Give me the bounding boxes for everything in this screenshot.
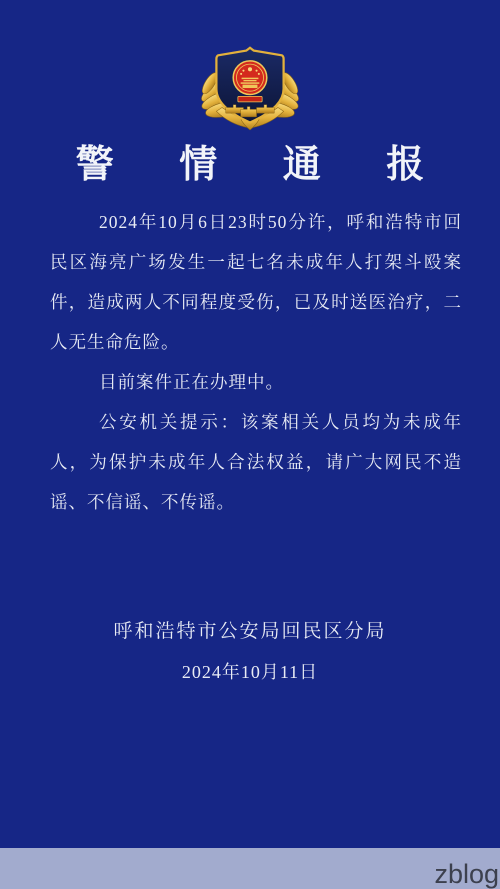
notice-paragraph-2: 目前案件正在办理中。 (50, 362, 462, 402)
police-notice-poster: 警 情 通 报 2024年10月6日23时50分许，呼和浩特市回民区海亮广场发生… (0, 0, 500, 889)
notice-paragraph-1: 2024年10月6日23时50分许，呼和浩特市回民区海亮广场发生一起七名未成年人… (50, 202, 462, 362)
police-badge-icon (194, 42, 306, 132)
watermark-text: zblog (434, 854, 499, 889)
notice-date: 2024年10月11日 (0, 652, 500, 692)
notice-title: 警 情 通 报 (0, 138, 500, 192)
notice-title-text: 警 情 通 报 (76, 144, 453, 186)
bottom-band: zblog (0, 848, 500, 889)
notice-body: 2024年10月6日23时50分许，呼和浩特市回民区海亮广场发生一起七名未成年人… (50, 202, 462, 522)
police-badge-emblem (194, 42, 306, 132)
issuing-authority: 呼和浩特市公安局回民区分局 (0, 612, 500, 652)
notice-paragraph-3: 公安机关提示：该案相关人员均为未成年人，为保护未成年人合法权益，请广大网民不造谣… (50, 402, 462, 522)
